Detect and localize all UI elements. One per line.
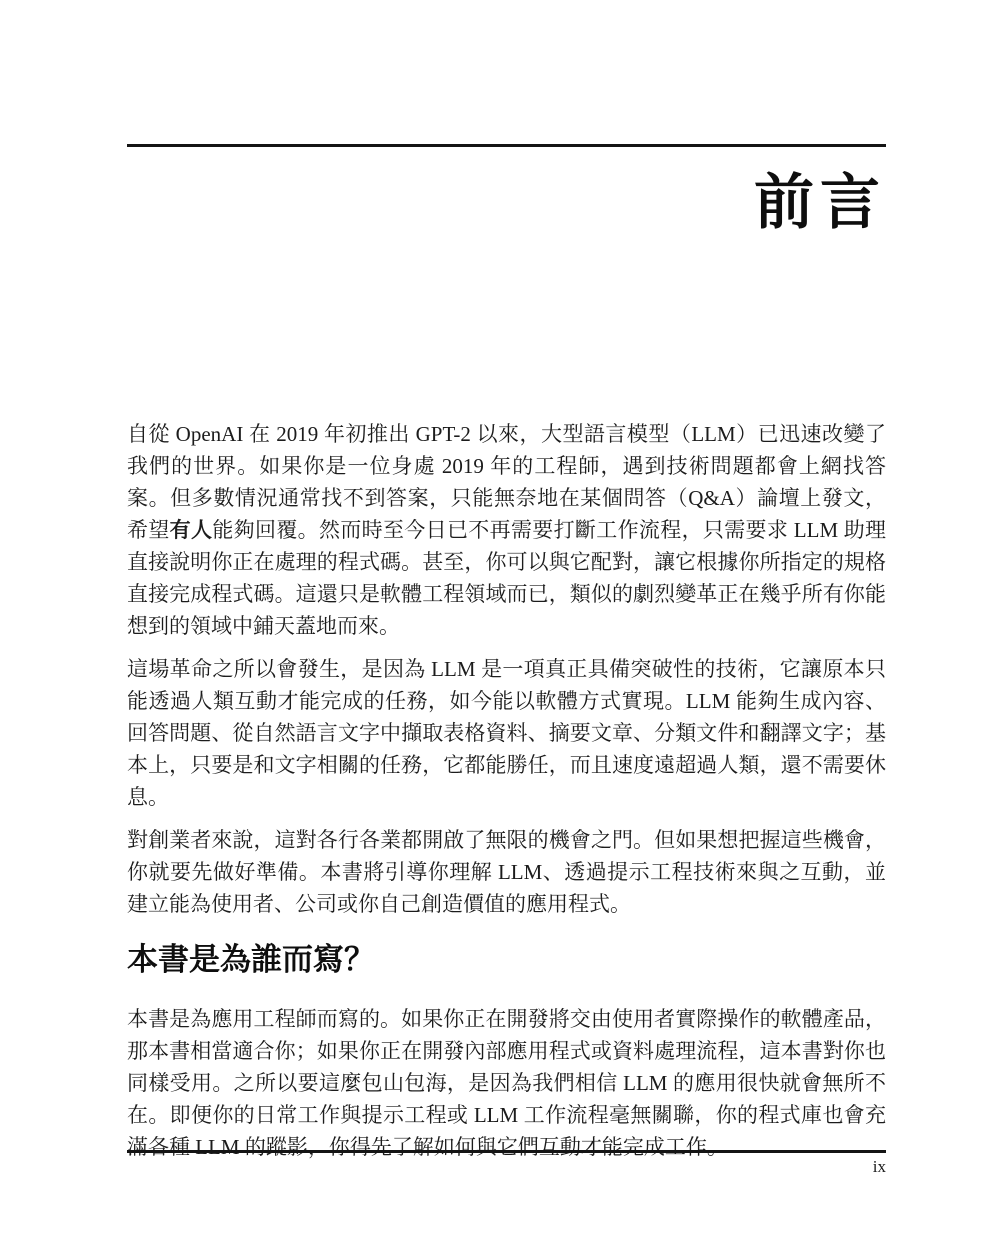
paragraph-4: 本書是為應用工程師而寫的。如果你正在開發將交由使用者實際操作的軟體產品，那本書相…: [127, 1003, 886, 1163]
header-rule: [127, 144, 886, 147]
body-text: 自從 OpenAI 在 2019 年初推出 GPT-2 以來，大型語言模型（LL…: [127, 418, 886, 1174]
footer-rule: [127, 1150, 886, 1153]
section-heading: 本書是為誰而寫？: [127, 940, 886, 980]
book-page: 前言 自從 OpenAI 在 2019 年初推出 GPT-2 以來，大型語言模型…: [0, 0, 1000, 1242]
paragraph-3: 對創業者來說，這對各行各業都開啟了無限的機會之門。但如果想把握這些機會，你就要先…: [127, 824, 886, 920]
paragraph-1-emphasis: 有人: [170, 518, 213, 542]
chapter-title: 前言: [127, 166, 886, 240]
paragraph-1-text-after: 能夠回覆。然而時至今日已不再需要打斷工作流程，只需要求 LLM 助理直接說明你正…: [127, 518, 886, 638]
paragraph-1: 自從 OpenAI 在 2019 年初推出 GPT-2 以來，大型語言模型（LL…: [127, 418, 886, 642]
paragraph-2: 這場革命之所以會發生，是因為 LLM 是一項真正具備突破性的技術，它讓原本只能透…: [127, 653, 886, 813]
page-number: ix: [127, 1156, 886, 1178]
